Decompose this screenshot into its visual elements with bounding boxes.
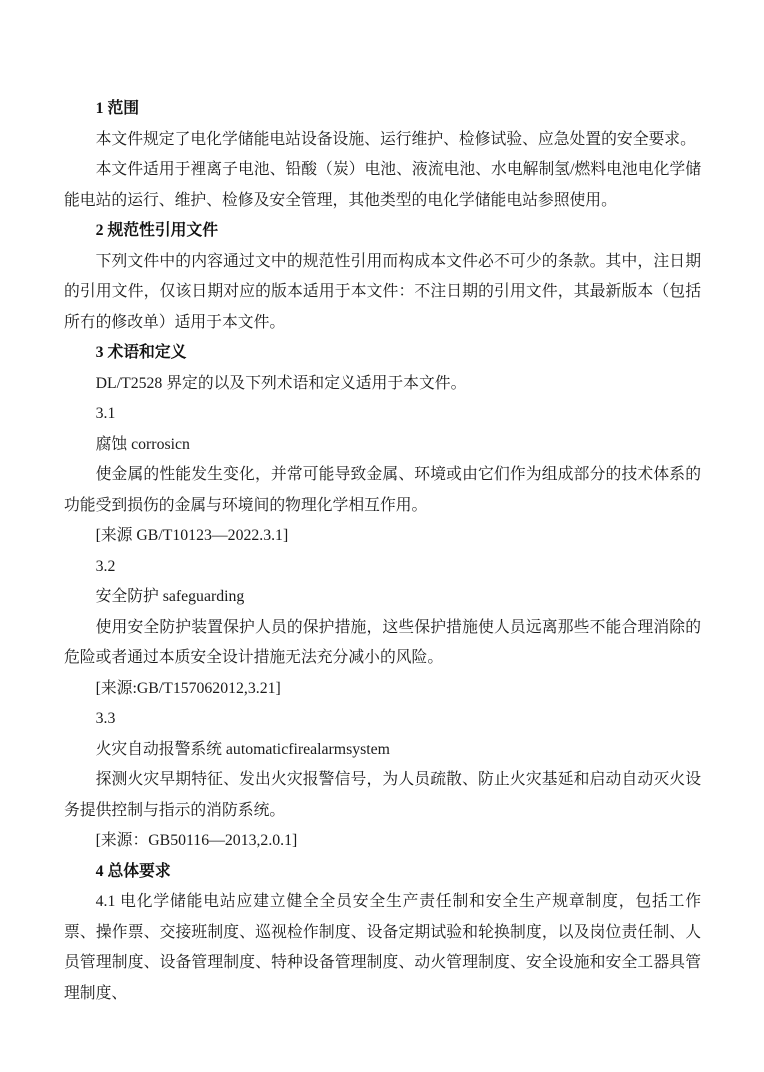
term-definition-fire-alarm-system: 探测火灾早期特征、发出火灾报警信号，为人员疏散、防止火灾基延和启动自动灭火设务提…: [64, 765, 701, 826]
scope-paragraph-2: 本文件适用于裡离子电池、铅酸（炭）电池、液流电池、水电解制氢/燃料电池电化学储能…: [64, 155, 701, 216]
term-number-3-1: 3.1: [64, 399, 701, 430]
term-source-fire-alarm-system: [来源：GB50116—2013,2.0.1]: [64, 826, 701, 857]
term-definition-corrosion: 使金属的性能发生变化，并常可能导致金属、环境或由它们作为组成部分的技术体系的功能…: [64, 460, 701, 521]
term-number-3-3: 3.3: [64, 704, 701, 735]
normative-references-paragraph: 下列文件中的内容通过文中的规范性引用而构成本文件必不可少的条款。其中，注日期的引…: [64, 247, 701, 339]
term-definition-safeguarding: 使用安全防护装置保护人员的保护措施，这些保护措施使人员远离那些不能合理消除的危险…: [64, 613, 701, 674]
term-name-corrosion: 腐蚀 corrosicn: [64, 430, 701, 461]
general-requirements-paragraph: 4.1 电化学储能电站应建立健全全员安全生产责任制和安全生产规章制度，包括工作票…: [64, 887, 701, 1009]
term-name-safeguarding: 安全防护 safeguarding: [64, 582, 701, 613]
heading-general-requirements: 4 总体要求: [64, 857, 701, 888]
scope-paragraph-1: 本文件规定了电化学储能电站设备设施、运行维护、检修试验、应急处置的安全要求。: [64, 125, 701, 156]
document-page: 1 范围 本文件规定了电化学储能电站设备设施、运行维护、检修试验、应急处置的安全…: [0, 0, 764, 1072]
heading-scope: 1 范围: [64, 94, 701, 125]
term-number-3-2: 3.2: [64, 552, 701, 583]
heading-terms-definitions: 3 术语和定义: [64, 338, 701, 369]
term-source-corrosion: [来源 GB/T10123—2022.3.1]: [64, 521, 701, 552]
terms-intro: DL/T2528 界定的以及下列术语和定义适用于本文件。: [64, 369, 701, 400]
term-name-fire-alarm-system: 火灾自动报警系统 automaticfirealarmsystem: [64, 735, 701, 766]
term-source-safeguarding: [来源:GB/T157062012,3.21]: [64, 674, 701, 705]
heading-normative-references: 2 规范性引用文件: [64, 216, 701, 247]
